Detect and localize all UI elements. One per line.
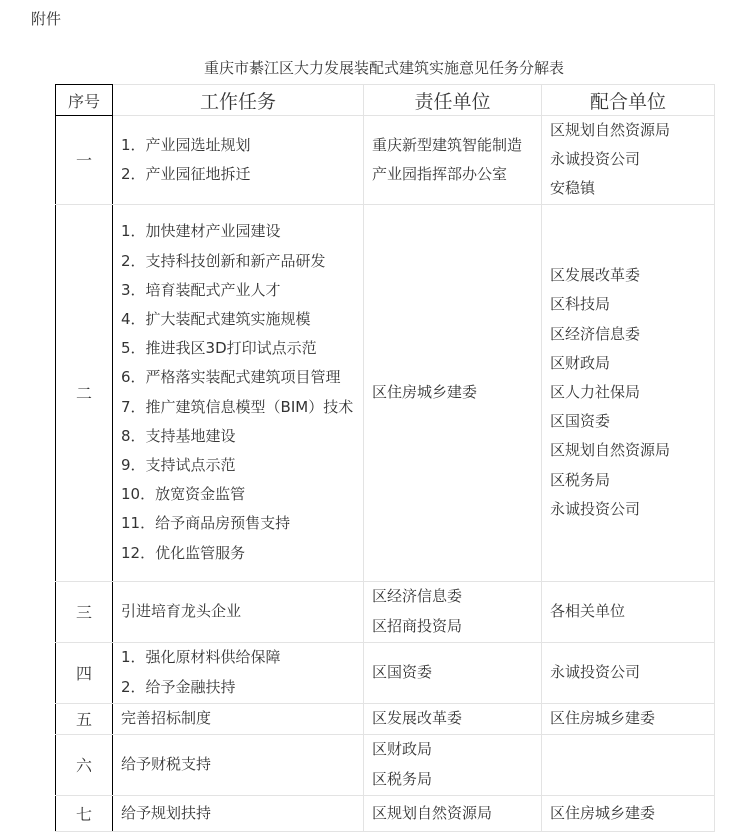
cooperating-unit: 永诚投资公司 xyxy=(550,658,714,687)
task-item: 6．严格落实装配式建筑项目管理 xyxy=(121,363,363,392)
responsible-unit: 区招商投资局 xyxy=(372,612,541,641)
task-item: 10．放宽资金监管 xyxy=(121,480,363,509)
cooperating-unit: 区国资委 xyxy=(550,407,714,436)
header-cooperating: 配合单位 xyxy=(542,85,715,116)
cooperating-cell: 区规划自然资源局 永诚投资公司 安稳镇 xyxy=(542,116,715,205)
task-item: 2．产业园征地拆迁 xyxy=(121,160,363,189)
cooperating-cell: 永诚投资公司 xyxy=(542,642,715,703)
responsible-unit: 区发展改革委 xyxy=(372,704,541,733)
task-item: 4．扩大装配式建筑实施规模 xyxy=(121,305,363,334)
header-task: 工作任务 xyxy=(113,85,364,116)
task-item: 1．加快建材产业园建设 xyxy=(121,217,363,246)
seq-cell: 六 xyxy=(56,734,113,795)
header-seq: 序号 xyxy=(56,85,113,116)
responsible-unit: 产业园指挥部办公室 xyxy=(372,160,541,189)
seq-cell: 四 xyxy=(56,642,113,703)
table-row: 三 引进培育龙头企业 区经济信息委 区招商投资局 各相关单位 xyxy=(56,581,715,642)
table-row: 六 给予财税支持 区财政局 区税务局 xyxy=(56,734,715,795)
responsible-unit: 区经济信息委 xyxy=(372,582,541,611)
task-cell: 1．强化原材料供给保障 2．给予金融扶持 xyxy=(113,642,364,703)
table-row: 七 给予规划扶持 区规划自然资源局 区住房城乡建委 xyxy=(56,795,715,831)
cooperating-unit: 区规划自然资源局 xyxy=(550,436,714,465)
seq-cell: 一 xyxy=(56,116,113,205)
responsible-cell: 区经济信息委 区招商投资局 xyxy=(364,581,542,642)
responsible-unit: 区规划自然资源局 xyxy=(372,799,541,828)
cooperating-cell xyxy=(542,734,715,795)
task-item: 给予规划扶持 xyxy=(121,799,363,828)
responsible-cell: 区发展改革委 xyxy=(364,703,542,734)
cooperating-unit: 区规划自然资源局 xyxy=(550,116,714,145)
seq-cell: 五 xyxy=(56,703,113,734)
task-item: 给予财税支持 xyxy=(121,750,363,779)
table-row: 四 1．强化原材料供给保障 2．给予金融扶持 区国资委 永诚投资公司 xyxy=(56,642,715,703)
cooperating-unit: 永诚投资公司 xyxy=(550,495,714,524)
cooperating-unit: 区税务局 xyxy=(550,466,714,495)
cooperating-unit: 各相关单位 xyxy=(550,597,714,626)
cooperating-cell: 各相关单位 xyxy=(542,581,715,642)
responsible-unit: 区住房城乡建委 xyxy=(372,378,541,407)
table-row: 五 完善招标制度 区发展改革委 区住房城乡建委 xyxy=(56,703,715,734)
header-responsible: 责任单位 xyxy=(364,85,542,116)
task-item: 引进培育龙头企业 xyxy=(121,597,363,626)
seq-cell: 二 xyxy=(56,204,113,581)
task-item: 7．推广建筑信息模型（BIM）技术 xyxy=(121,393,363,422)
task-item: 12．优化监管服务 xyxy=(121,539,363,568)
responsible-cell: 区国资委 xyxy=(364,642,542,703)
task-item: 9．支持试点示范 xyxy=(121,451,363,480)
cooperating-unit: 区经济信息委 xyxy=(550,320,714,349)
responsible-unit: 重庆新型建筑智能制造 xyxy=(372,131,541,160)
cooperating-unit: 区科技局 xyxy=(550,290,714,319)
cooperating-unit: 区人力社保局 xyxy=(550,378,714,407)
attachment-label: 附件 xyxy=(31,9,61,29)
task-item: 3．培育装配式产业人才 xyxy=(121,276,363,305)
task-item: 2．支持科技创新和新产品研发 xyxy=(121,247,363,276)
table-row: 一 1．产业园选址规划 2．产业园征地拆迁 重庆新型建筑智能制造 产业园指挥部办… xyxy=(56,116,715,205)
task-item: 5．推进我区3D打印试点示范 xyxy=(121,334,363,363)
document-title: 重庆市綦江区大力发展装配式建筑实施意见任务分解表 xyxy=(0,57,748,79)
cooperating-unit: 安稳镇 xyxy=(550,174,714,203)
task-item: 2．给予金融扶持 xyxy=(121,673,363,702)
cooperating-unit: 区住房城乡建委 xyxy=(550,799,714,828)
responsible-unit: 区财政局 xyxy=(372,735,541,764)
task-cell: 给予财税支持 xyxy=(113,734,364,795)
responsible-cell: 区财政局 区税务局 xyxy=(364,734,542,795)
cooperating-unit: 区住房城乡建委 xyxy=(550,704,714,733)
table-header-row: 序号 工作任务 责任单位 配合单位 xyxy=(56,85,715,116)
task-cell: 给予规划扶持 xyxy=(113,795,364,831)
table-row: 二 1．加快建材产业园建设 2．支持科技创新和新产品研发 3．培育装配式产业人才… xyxy=(56,204,715,581)
task-item: 1．强化原材料供给保障 xyxy=(121,643,363,672)
seq-cell: 七 xyxy=(56,795,113,831)
task-cell: 1．产业园选址规划 2．产业园征地拆迁 xyxy=(113,116,364,205)
task-item: 11．给予商品房预售支持 xyxy=(121,509,363,538)
cooperating-cell: 区住房城乡建委 xyxy=(542,703,715,734)
task-item: 完善招标制度 xyxy=(121,704,363,733)
responsible-cell: 区住房城乡建委 xyxy=(364,204,542,581)
cooperating-cell: 区发展改革委 区科技局 区经济信息委 区财政局 区人力社保局 区国资委 区规划自… xyxy=(542,204,715,581)
cooperating-unit: 区财政局 xyxy=(550,349,714,378)
task-item: 8．支持基地建设 xyxy=(121,422,363,451)
cooperating-unit: 永诚投资公司 xyxy=(550,145,714,174)
responsible-cell: 区规划自然资源局 xyxy=(364,795,542,831)
task-breakdown-table: 序号 工作任务 责任单位 配合单位 一 1．产业园选址规划 2．产业园征地拆迁 … xyxy=(55,84,715,832)
task-item: 1．产业园选址规划 xyxy=(121,131,363,160)
seq-cell: 三 xyxy=(56,581,113,642)
responsible-cell: 重庆新型建筑智能制造 产业园指挥部办公室 xyxy=(364,116,542,205)
task-cell: 1．加快建材产业园建设 2．支持科技创新和新产品研发 3．培育装配式产业人才 4… xyxy=(113,204,364,581)
task-cell: 完善招标制度 xyxy=(113,703,364,734)
responsible-unit: 区税务局 xyxy=(372,765,541,794)
responsible-unit: 区国资委 xyxy=(372,658,541,687)
task-cell: 引进培育龙头企业 xyxy=(113,581,364,642)
cooperating-unit: 区发展改革委 xyxy=(550,261,714,290)
cooperating-cell: 区住房城乡建委 xyxy=(542,795,715,831)
